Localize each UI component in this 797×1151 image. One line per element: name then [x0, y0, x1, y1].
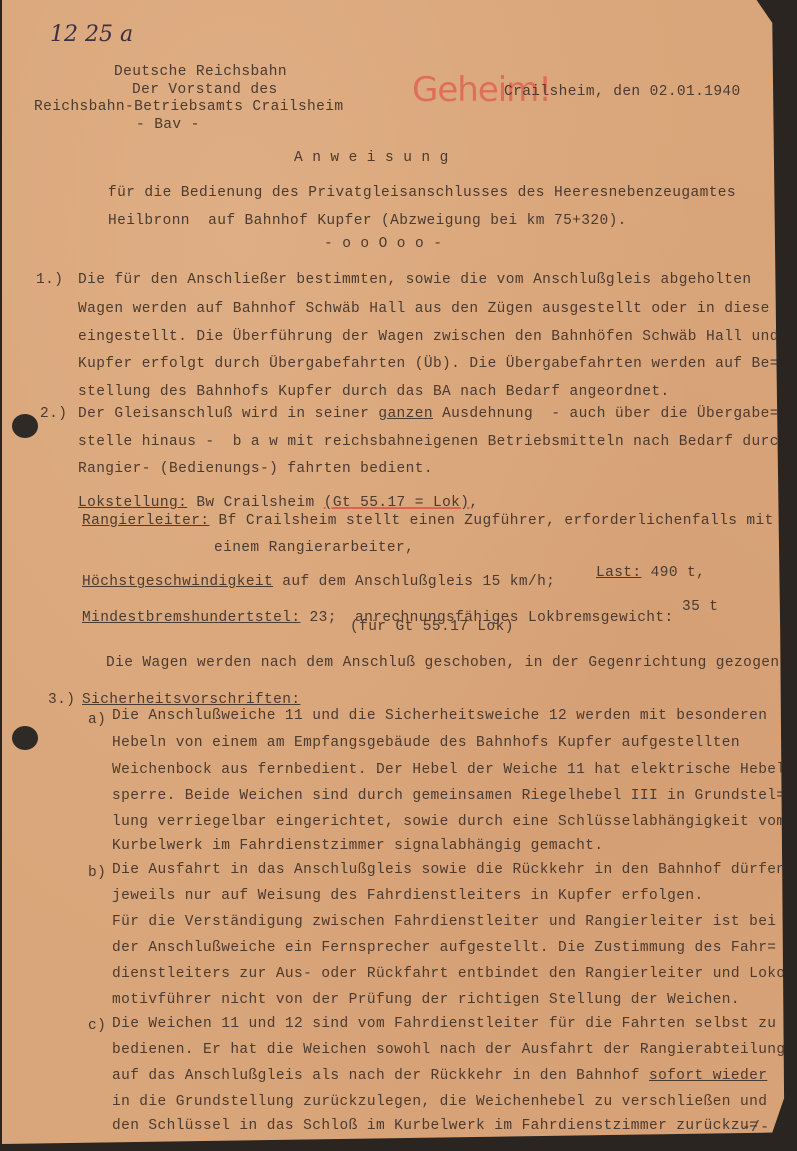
divider: - o o O o o -	[324, 236, 442, 252]
handwritten-annotation: 12 25 a	[50, 22, 133, 47]
section-1-line: stellung des Bahnhofs Kupfer durch das B…	[78, 384, 670, 400]
section-3-number: 3.)	[48, 692, 75, 708]
item-b-line: jeweils nur auf Weisung des Fahrdienstle…	[112, 888, 704, 904]
item-a-line: Kurbelwerk im Fahrdienstzimmer signalabh…	[112, 838, 603, 854]
item-c-line: in die Grundstellung zurückzulegen, die …	[112, 1094, 767, 1110]
section-3-heading: Sicherheitsvorschriften:	[82, 692, 300, 708]
item-b-line: der Anschlußweiche ein Fernsprecher aufg…	[112, 940, 776, 956]
brake-note: (für Gt 55.17 Lok)	[350, 619, 514, 635]
header-line-2: Der Vorstand des	[132, 82, 278, 98]
lokstellung-row: Lokstellung: Bw Crailsheim (Gt 55.17 = L…	[78, 495, 478, 511]
rangierleiter-row-2: einem Rangierarbeiter,	[214, 540, 414, 556]
punch-hole	[12, 726, 38, 750]
section-1-line: Wagen werden auf Bahnhof Schwäb Hall aus…	[78, 301, 770, 317]
item-b-label: b)	[88, 865, 106, 881]
subtitle-line-2: Heilbronn auf Bahnhof Kupfer (Abzweigung…	[108, 213, 627, 229]
section-2-line-3: Rangier- (Bedienungs-) fahrten bedient.	[78, 461, 433, 477]
speed-row: Höchstgeschwindigkeit auf dem Anschlußgl…	[82, 574, 555, 590]
section-1-number: 1.)	[36, 272, 63, 288]
brake-weight-value: 35 t	[682, 599, 718, 615]
item-b-line: dienstleiters zur Aus- oder Rückfahrt en…	[112, 966, 795, 982]
header-line-4: - Bav -	[136, 117, 200, 133]
section-2-line-2: stelle hinaus - b a w mit reichsbahneige…	[78, 434, 788, 450]
item-a-line: lung verriegelbar eingerichtet, sowie du…	[112, 814, 786, 830]
item-c-line: bedienen. Er hat die Weichen sowohl nach…	[112, 1042, 786, 1058]
header-line-1: Deutsche Reichsbahn	[114, 64, 287, 80]
item-a-line: Hebeln von einem am Empfangsgebäude des …	[112, 735, 740, 751]
item-c-label: c)	[88, 1018, 106, 1034]
item-b-line: Für die Verständigung zwischen Fahrdiens…	[112, 914, 776, 930]
section-2-number: 2.)	[40, 406, 67, 422]
item-a-label: a)	[88, 712, 106, 728]
load-row: Last: 490 t,	[596, 565, 705, 581]
item-a-line: Die Anschlußweiche 11 und die Sicherheit…	[112, 708, 767, 724]
place-date: Crailsheim, den 02.01.1940	[504, 84, 741, 100]
header-line-3: Reichsbahn-Betriebsamts Crailsheim	[34, 99, 343, 115]
item-a-line: sperre. Beide Weichen sind durch gemeins…	[112, 788, 786, 804]
section-1-line: eingestellt. Die Überführung der Wagen z…	[78, 329, 779, 345]
item-b-line: motivführer nicht von der Prüfung der ri…	[112, 992, 740, 1008]
document-page: 12 25 a Deutsche Reichsbahn Der Vorstand…	[2, 0, 788, 1144]
section-1-line: Kupfer erfolgt durch Übergabefahrten (Üb…	[78, 356, 779, 372]
item-b-line: Die Ausfahrt in das Anschlußgleis sowie …	[112, 862, 786, 878]
item-a-line: Weichenbock aus fernbedient. Der Hebel d…	[112, 762, 795, 778]
item-c-line: Die Weichen 11 und 12 sind vom Fahrdiens…	[112, 1016, 776, 1032]
push-pull-line: Die Wagen werden nach dem Anschluß gesch…	[106, 655, 789, 671]
subtitle-line-1: für die Bedienung des Privatgleisanschlu…	[108, 185, 736, 201]
item-c-line: den Schlüssel in das Schloß im Kurbelwer…	[112, 1118, 758, 1134]
section-2-line-1: Der Gleisanschluß wird in seiner ganzen …	[78, 406, 779, 422]
document-title: A n w e i s u n g	[294, 150, 449, 166]
rangierleiter-row: Rangierleiter: Bf Crailsheim stellt eine…	[82, 513, 774, 529]
continuation-mark: -/-	[742, 1120, 769, 1136]
punch-hole	[12, 414, 38, 438]
item-c-line-3: auf das Anschlußgleis als nach der Rückk…	[112, 1068, 767, 1084]
section-1-line: Die für den Anschließer bestimmten, sowi…	[78, 272, 752, 288]
